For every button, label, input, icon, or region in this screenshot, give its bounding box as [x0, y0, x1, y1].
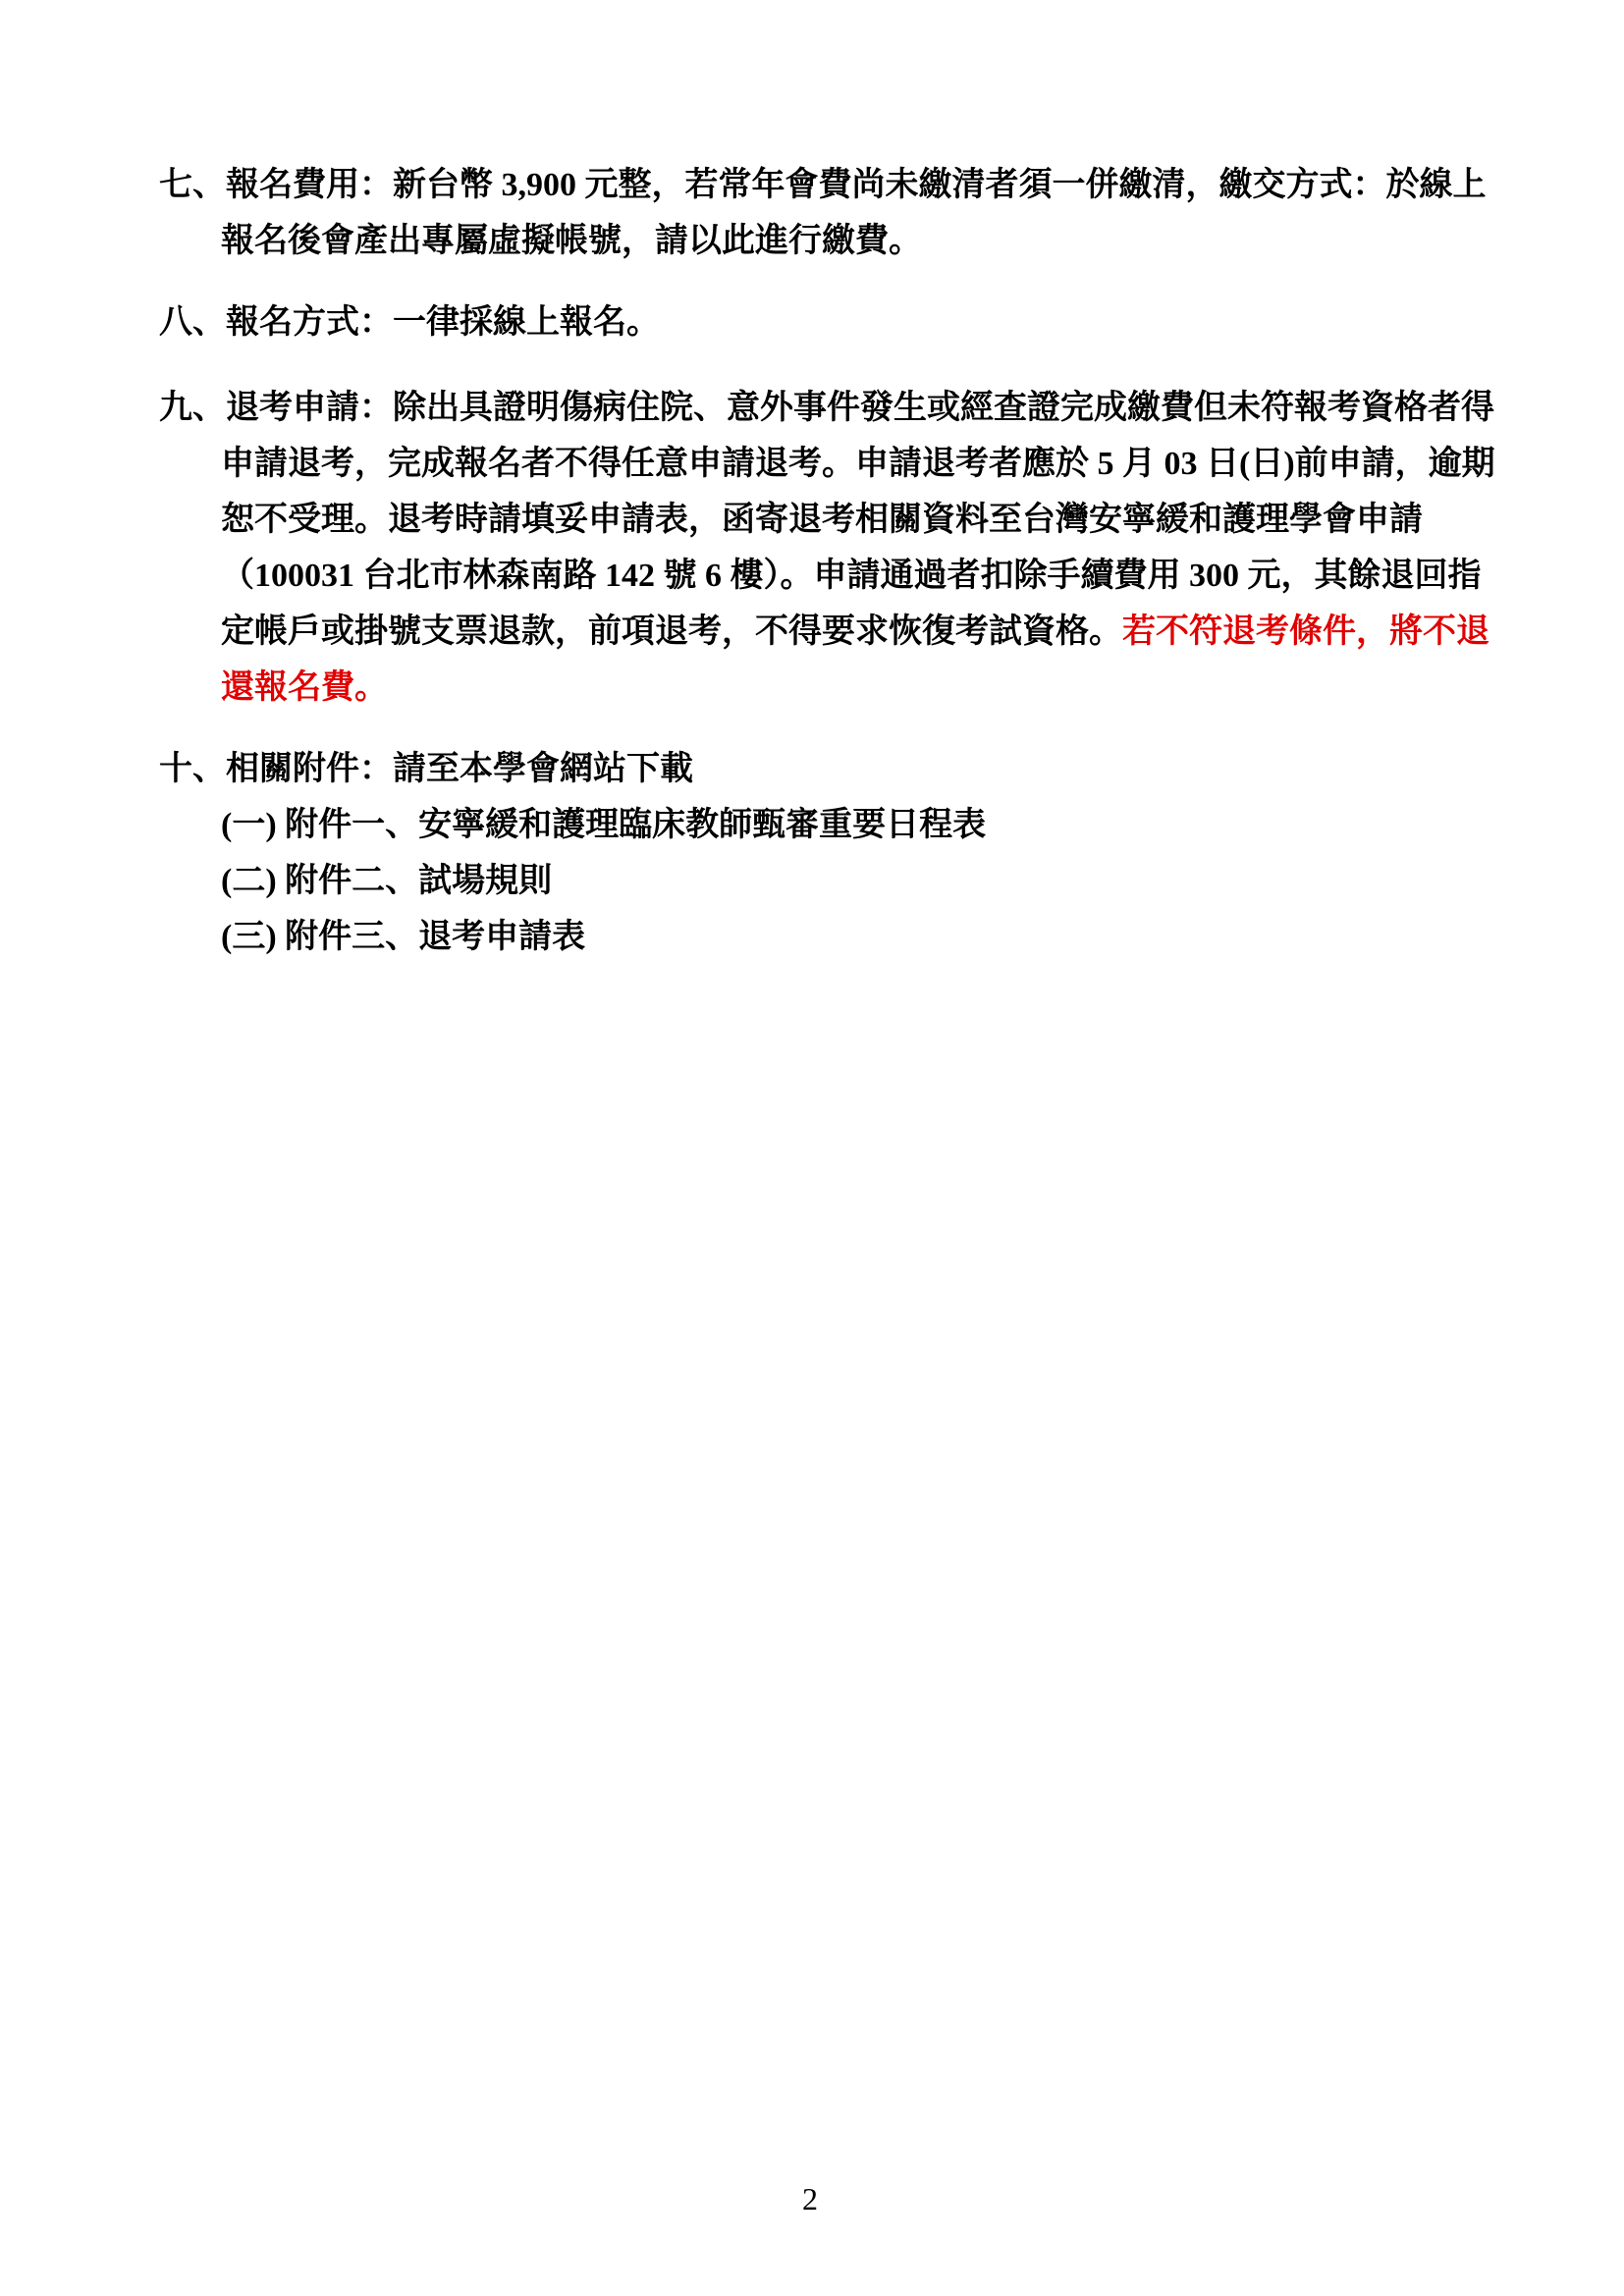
attachment-item-3: (三) 附件三、退考申請表 [221, 909, 1494, 965]
line-5-red-warning-text: 若不符退考條件，將不退 [1122, 614, 1489, 650]
list-item-9: 九、退考申請：除出具證明傷病住院、意外事件發生或經查證完成繳費但未符報考資格者得… [159, 380, 1494, 716]
line-5-black-text: 定帳戶或掛號支票退款，前項退考，不得要求恢復考試資格。 [221, 614, 1122, 650]
list-item-9-line-1: 九、退考申請：除出具證明傷病住院、意外事件發生或經查證完成繳費但未符報考資格者得 [159, 380, 1494, 436]
list-item-9-line-5: 定帳戶或掛號支票退款，前項退考，不得要求恢復考試資格。若不符退考條件，將不退 [221, 604, 1494, 660]
list-item-8-line-1: 八、報名方式：一律採線上報名。 [159, 294, 1494, 350]
list-item-9-line-3: 恕不受理。退考時請填妥申請表，函寄退考相關資料至台灣安寧緩和護理學會申請 [221, 492, 1494, 548]
list-item-9-line-4: （100031 台北市林森南路 142 號 6 樓）。申請通過者扣除手續費用 3… [221, 548, 1494, 604]
list-item-8: 八、報名方式：一律採線上報名。 [159, 294, 1494, 350]
attachment-item-2: (二) 附件二、試場規則 [221, 853, 1494, 909]
list-item-7: 七、報名費用：新台幣 3,900 元整，若常年會費尚未繳清者須一併繳清，繳交方式… [159, 157, 1494, 269]
page-number: 2 [781, 2181, 839, 2217]
attachment-item-1: (一) 附件一、安寧緩和護理臨床教師甄審重要日程表 [221, 797, 1494, 853]
list-item-7-line-1: 七、報名費用：新台幣 3,900 元整，若常年會費尚未繳清者須一併繳清，繳交方式… [159, 157, 1494, 213]
list-item-10-line-1: 十、相關附件：請至本學會網站下載 [159, 741, 1494, 797]
document-page: 七、報名費用：新台幣 3,900 元整，若常年會費尚未繳清者須一併繳清，繳交方式… [0, 0, 1624, 2296]
list-item-7-line-2: 報名後會產出專屬虛擬帳號，請以此進行繳費。 [221, 213, 1494, 269]
list-item-10: 十、相關附件：請至本學會網站下載 (一) 附件一、安寧緩和護理臨床教師甄審重要日… [159, 741, 1494, 965]
list-item-9-line-2: 申請退考，完成報名者不得任意申請退考。申請退考者應於 5 月 03 日(日)前申… [221, 436, 1494, 492]
list-item-9-line-6-red-warning-text: 還報名費。 [221, 660, 1494, 716]
